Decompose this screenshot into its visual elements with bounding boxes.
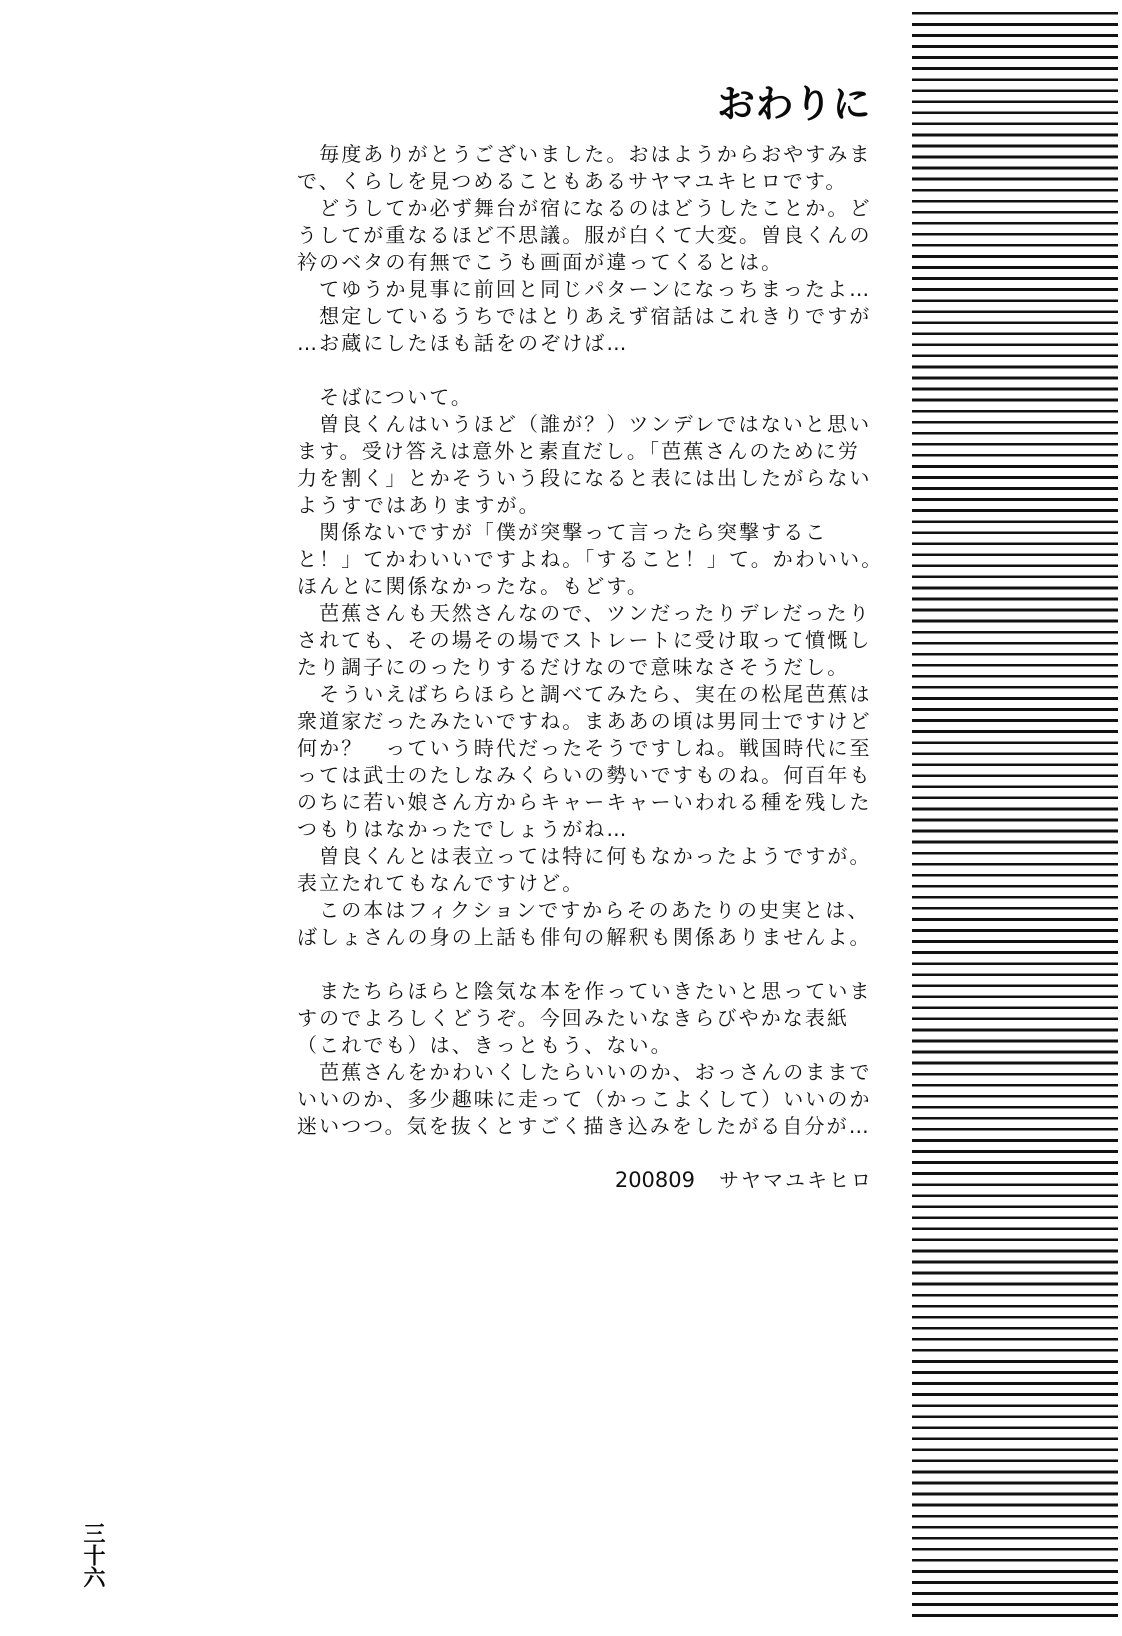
body-line: 芭蕉さんをかわいくしたらいいのか、おっさんのままで — [297, 1059, 875, 1086]
blank-line — [297, 951, 875, 978]
body-line: またちらほらと陰気な本を作っていきたいと思っていま — [297, 978, 875, 1005]
body-line: 衿のベタの有無でこうも画面が違ってくるとは。 — [297, 249, 875, 276]
body-line: すのでよろしくどうぞ。今回みたいなきらびやかな表紙 — [297, 1005, 875, 1032]
body-line: つもりはなかったでしょうがね… — [297, 816, 875, 843]
body-line: うしてが重なるほど不思議。服が白くて大変。曽良くんの — [297, 222, 875, 249]
body-line: 迷いつつ。気を抜くとすごく描き込みをしたがる自分が… — [297, 1113, 875, 1140]
body-line: ます。受け答えは意外と素直だし。「芭蕉さんのために労 — [297, 438, 875, 465]
body-line: 衆道家だったみたいですね。まああの頃は男同士ですけど — [297, 708, 875, 735]
page-title: おわりに — [717, 81, 871, 127]
body-line: 芭蕉さんも天然さんなので、ツンだったりデレだったり — [297, 600, 875, 627]
body-line: たり調子にのったりするだけなので意味なさそうだし。 — [297, 654, 875, 681]
body-line: 曽良くんとは表立っては特に何もなかったようですが。 — [297, 843, 875, 870]
body-line: どうしてか必ず舞台が宿になるのはどうしたことか。ど — [297, 195, 875, 222]
page-number: 三十六 — [80, 1522, 104, 1588]
body-line: っては武士のたしなみくらいの勢いですものね。何百年も — [297, 762, 875, 789]
body-line: てゆうか見事に前回と同じパターンになっちまったよ… — [297, 276, 875, 303]
body-line: ようすではありますが。 — [297, 492, 875, 519]
body-line: 毎度ありがとうございました。おはようからおやすみま — [297, 141, 875, 168]
afterword-body: 毎度ありがとうございました。おはようからおやすみま で、くらしを見つめることもあ… — [297, 141, 875, 1140]
signature-date: 200809 — [615, 1167, 695, 1194]
body-line: で、くらしを見つめることもあるサヤマユキヒロです。 — [297, 168, 875, 195]
body-line: 曽良くんはいうほど（誰が？）ツンデレではないと思い — [297, 411, 875, 438]
body-line: （これでも）は、きっともう、ない。 — [297, 1032, 875, 1059]
body-line: 想定しているうちではとりあえず宿話はこれきりですが — [297, 303, 875, 330]
body-line: 力を割く」とかそういう段になると表には出したがらない — [297, 465, 875, 492]
body-line: ほんとに関係なかったな。もどす。 — [297, 573, 875, 600]
body-line: のちに若い娘さん方からキャーキャーいわれる種を残した — [297, 789, 875, 816]
blank-line — [297, 357, 875, 384]
body-line: この本はフィクションですからそのあたりの史実とは、 — [297, 897, 875, 924]
body-line: 何か？ っていう時代だったそうですしね。戦国時代に至 — [297, 735, 875, 762]
body-line: 関係ないですが「僕が突撃って言ったら突撃するこ — [297, 519, 875, 546]
body-line: ばしょさんの身の上話も俳句の解釈も関係ありませんよ。 — [297, 924, 875, 951]
body-line: そういえばちらほらと調べてみたら、実在の松尾芭蕉は — [297, 681, 875, 708]
signature: 200809 サヤマユキヒロ — [615, 1167, 873, 1194]
decorative-stripe-band — [912, 12, 1118, 1625]
body-line: いいのか、多少趣味に走って（かっこよくして）いいのか — [297, 1086, 875, 1113]
body-line: されても、その場その場でストレートに受け取って憤慨し — [297, 627, 875, 654]
body-line: そばについて。 — [297, 384, 875, 411]
body-line: と！」てかわいいですよね。「すること！」て。かわいい。 — [297, 546, 875, 573]
body-line: …お蔵にしたほも話をのぞけば… — [297, 330, 875, 357]
body-line: 表立たれてもなんですけど。 — [297, 870, 875, 897]
signature-author: サヤマユキヒロ — [719, 1167, 873, 1194]
